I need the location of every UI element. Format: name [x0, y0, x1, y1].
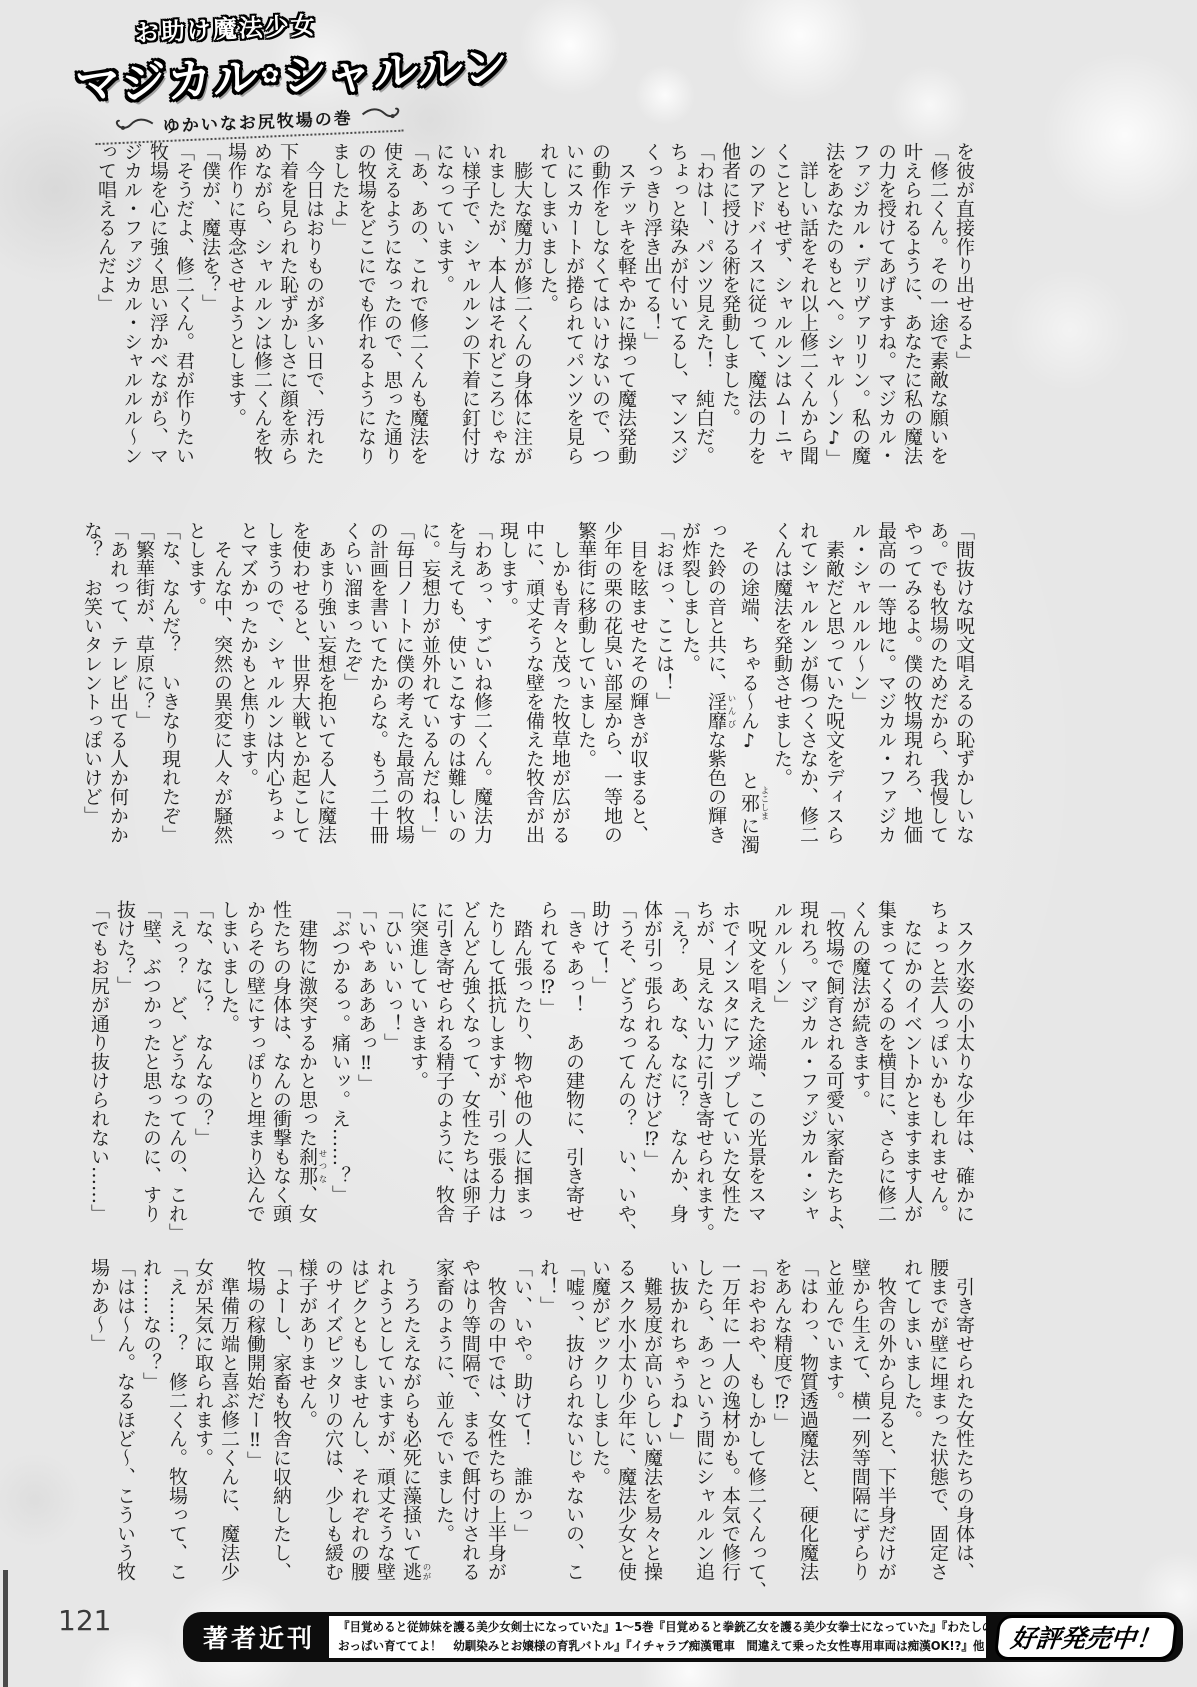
text-column: とします。 — [183, 521, 209, 877]
text-column: 腰までが壁に埋まった状態で、固定さ — [925, 1258, 951, 1614]
text-column: 膨大な魔力が修二くんの身体に注が — [509, 142, 535, 498]
text-column: 女が呆気に取られます。 — [190, 1258, 216, 1614]
text-column: 「そうだよ、修二くん。君が作りたい — [171, 142, 197, 498]
on-sale-badge: 好評発売中！ — [994, 1615, 1179, 1660]
text-column: いにスカートが捲られてパンツを見ら — [561, 142, 587, 498]
text-column: 目を眩ませたその輝きが収まると、 — [625, 521, 651, 877]
flourish-left-icon — [114, 115, 155, 137]
text-column: 引き寄せられた女性たちの身体は、 — [951, 1258, 977, 1614]
text-column: 最高の一等地に。マジカル・ファジカ — [873, 521, 899, 877]
text-column: 「あれって、テレビ出てる人か何かか — [105, 521, 131, 877]
text-column: 「おほっ、ここは！」 — [651, 521, 677, 877]
text-column: ちょっと芸人っぽいかもしれません。 — [925, 900, 951, 1256]
text-column: 「でもお尻が通り抜けられない……」 — [86, 900, 112, 1256]
text-column: ルルル〜ン」 — [769, 900, 795, 1256]
text-column: れようとしていますが、頑丈そうな壁 — [372, 1258, 398, 1614]
footer-author-books-label: 著者近刊 — [183, 1619, 329, 1655]
text-column: に。妄想力が並外れているんだね！」 — [417, 521, 443, 877]
text-column: 叶えられるように、あなたに私の魔法 — [899, 142, 925, 498]
text-column: くこともせず、シャルルンはムーニャ — [769, 142, 795, 498]
text-column: 「えっ？ ど、どうなってんの、これ」 — [164, 900, 190, 1256]
footer-bar: 著者近刊 『目覚めると従姉妹を護る美少女剣士になっていた』1～5巻『目覚めると拳… — [183, 1612, 1183, 1662]
text-column: 「ぶつかるっ。痛いッ。え……？」 — [327, 900, 353, 1256]
text-column: 「よーし、家畜も牧舎に収納したし、 — [268, 1258, 294, 1614]
text-column: れましたが、本人はそれどころじゃな — [483, 142, 509, 498]
text-column: したら、あっという間にシャルルン追 — [691, 1258, 717, 1614]
text-column: って唱えるんだよ」 — [93, 142, 119, 498]
text-band-1: を彼が直接作り出せるよ」「修二くん。その一途で素敵な願いを叶えられるように、あな… — [93, 142, 977, 498]
text-column: 現します。 — [495, 521, 521, 877]
text-column: を彼が直接作り出せるよ」 — [951, 142, 977, 498]
text-band-2: 「間抜けな呪文唱えるの恥ずかしいなあ。でも牧場のためだから、我慢してやってみるよ… — [93, 521, 977, 877]
text-column: 「おやおや、もしかして修二くんって、 — [743, 1258, 769, 1614]
text-column: 性たちの身体は、なんの衝撃もなく頭 — [268, 900, 294, 1256]
flourish-right-icon — [360, 104, 401, 126]
text-column: になっています。 — [431, 142, 457, 498]
text-column: 「い、いや。助けて！ 誰かっ」 — [509, 1258, 535, 1614]
text-column: ちょっと染みが付いてるし、マンスジ — [665, 142, 691, 498]
text-column: はビクともしませんし、それぞれの腰 — [346, 1258, 372, 1614]
text-column: れてしまいました。 — [535, 142, 561, 498]
text-column: 「間抜けな呪文唱えるの恥ずかしいな — [951, 521, 977, 877]
text-band-3: スク水姿の小太りな少年は、確かにちょっと芸人っぽいかもしれません。 なにかのイベ… — [93, 900, 977, 1256]
logo-title-left: マジカル — [74, 51, 260, 112]
text-column: 現れろ。マジカル・ファジカル・シャ — [795, 900, 821, 1256]
text-column: 「あ、あの、これで修二くんも魔法を — [405, 142, 431, 498]
text-column: 中に、頑丈そうな壁を備えた牧舎が出 — [521, 521, 547, 877]
text-column: 「繁華街が、草原に？」 — [131, 521, 157, 877]
text-column: の力を授けてあげますね。マジカル・ — [873, 142, 899, 498]
text-column: の計画を書いてたからな。もう二十冊 — [365, 521, 391, 877]
text-column: を使わせると、世界大戦とか起こして — [287, 521, 313, 877]
text-column: のサイズピッタリの穴は、少しも緩む — [320, 1258, 346, 1614]
text-column: い魔がビックリしました。 — [587, 1258, 613, 1614]
text-column: に引き寄せられる精子のように、牧舎 — [431, 900, 457, 1256]
text-column: 踏ん張ったり、物や他の人に掴まっ — [509, 900, 535, 1256]
text-column: の動作をしなくてはいけないので、つ — [587, 142, 613, 498]
text-column: くらい溜まったぞ」 — [339, 521, 365, 877]
text-band-4: 引き寄せられた女性たちの身体は、腰までが壁に埋まった状態で、固定されてしまいまし… — [93, 1258, 977, 1614]
text-column: 「嘘っ、抜けられないじゃないの、こ — [561, 1258, 587, 1614]
text-column: が炸裂しました。 — [677, 521, 703, 877]
text-column: ル・シャルルル〜ン」 — [847, 521, 873, 877]
text-column: った鈴の音と共に、淫靡いんびな紫色の輝き — [703, 521, 736, 877]
text-column: うろたえながらも必死に藻掻いて逃のが — [398, 1258, 431, 1614]
text-column: 「いやぁあああっ‼」 — [353, 900, 379, 1256]
text-column: 「きゃあっ！ あの建物に、引き寄せ — [561, 900, 587, 1256]
text-column: めながら、シャルルンは修二くんを牧 — [249, 142, 275, 498]
text-column: 助けて！」 — [587, 900, 613, 1256]
text-column: あ。でも牧場のためだから、我慢して — [925, 521, 951, 877]
text-column: をあんな精度で⁉」 — [769, 1258, 795, 1614]
text-column: 準備万端と喜ぶ修二くんに、魔法少 — [216, 1258, 242, 1614]
text-column: 家畜のように、並んでいました。 — [431, 1258, 457, 1614]
text-column: 他者に授ける術を発動しました。 — [717, 142, 743, 498]
text-column: 「はは〜ん。なるほど〜、こういう牧 — [112, 1258, 138, 1614]
text-column: 壁から生えて、横一列等間隔にずらり — [847, 1258, 873, 1614]
footer-book-list: 『目覚めると従姉妹を護る美少女剣士になっていた』1～5巻『目覚めると拳銃乙女を護… — [329, 1616, 986, 1657]
text-column: れ！」 — [535, 1258, 561, 1614]
text-column: 「な、なに？ なんなの？」 — [190, 900, 216, 1256]
text-column: 体が引っ張られるんだけど⁉」 — [639, 900, 665, 1256]
text-column: からその壁にすっぽりと埋まり込んで — [242, 900, 268, 1256]
text-column: ホでインスタにアップしていた女性た — [717, 900, 743, 1256]
flower-dot-icon: ✿ — [258, 63, 283, 89]
text-column: 一万年に一人の逸材かも。本気で修行 — [717, 1258, 743, 1614]
text-column: 下着を見られた恥ずかしさに顔を赤ら — [275, 142, 301, 498]
text-column: 牧場を心に強く思い浮かべながら、マ — [145, 142, 171, 498]
text-column: 「毎日ノートに僕の考えた最高の牧場 — [391, 521, 417, 877]
text-column: られてる⁉」 — [535, 900, 561, 1256]
text-column: に突進していきます。 — [405, 900, 431, 1256]
text-column: るスク水小太り少年に、魔法少女と使 — [613, 1258, 639, 1614]
text-column: やはり等間隔で、まるで餌付けされる — [457, 1258, 483, 1614]
text-column: あまり強い妄想を抱いてる人に魔法 — [313, 521, 339, 877]
footer-book-list-line1: 『目覚めると従姉妹を護る美少女剣士になっていた』1～5巻『目覚めると拳銃乙女を護… — [338, 1618, 951, 1637]
text-column: ンのアドバイスに従って、魔法の力を — [743, 142, 769, 498]
text-column: 「僕が、魔法を？」 — [197, 142, 223, 498]
text-column: くんは魔法を発動させました。 — [769, 521, 795, 877]
text-column: 「はわっ、物質透過魔法と、硬化魔法 — [795, 1258, 821, 1614]
text-column: 牧舎の外から見ると、下半身だけが — [873, 1258, 899, 1614]
text-column: を与えても、使いこなすのは難しいの — [443, 521, 469, 877]
text-column: 「え……？ 修二くん。牧場って、こ — [164, 1258, 190, 1614]
text-column: 難易度が高いらしい魔法を易々と操 — [639, 1258, 665, 1614]
text-column: 「わあっ、すごいね修二くん。魔法力 — [469, 521, 495, 877]
text-column: スク水姿の小太りな少年は、確かに — [951, 900, 977, 1256]
text-column: どんどん強くなって、女性たちは卵子 — [457, 900, 483, 1256]
page-edge-shadow — [3, 1570, 8, 1687]
text-column: 場かあ〜」 — [86, 1258, 112, 1614]
text-column: しまうので、シャルルンは内心ちょっ — [261, 521, 287, 877]
text-column: 牧舎の中では、女性たちの上半身が — [483, 1258, 509, 1614]
text-column: くっきり浮き出てる！」 — [639, 142, 665, 498]
text-column: 少年の栗の花臭い部屋から、一等地の — [599, 521, 625, 877]
text-column: 今日はおりものが多い日で、汚れた — [301, 142, 327, 498]
text-column: 繁華街に移動していました。 — [573, 521, 599, 877]
text-column: ジカル・ファジカル・シャルルル〜ン — [119, 142, 145, 498]
text-column: 様子がありません。 — [294, 1258, 320, 1614]
text-column: 場作りに専念させようとします。 — [223, 142, 249, 498]
text-column: れ……なの？」 — [138, 1258, 164, 1614]
page-number: 121 — [58, 1604, 111, 1637]
text-column: 「壁、ぶつかったと思ったのに、すり — [138, 900, 164, 1256]
text-column: 素敵だと思っていた呪文をディスら — [821, 521, 847, 877]
text-column: 「修二くん。その一途で素敵な願いを — [925, 142, 951, 498]
text-column: れてしまいました。 — [899, 1258, 925, 1614]
text-column: の牧場をどこにでも作れるようになり — [353, 142, 379, 498]
text-column: 「うそ、どうなってんの？ い、いや、 — [613, 900, 639, 1256]
text-column: 建物に激突するかと思った刹那せつな、女 — [294, 900, 327, 1256]
text-column: ファジカル・デリヴァリリン。私の魔 — [847, 142, 873, 498]
text-column: ステッキを軽やかに操って魔法発動 — [613, 142, 639, 498]
text-column: い抜かれちゃうね♪」 — [665, 1258, 691, 1614]
text-column: な？ お笑いタレントっぽいけど」 — [79, 521, 105, 877]
text-column: い様子で、シャルルンの下着に釘付け — [457, 142, 483, 498]
text-column: 集まってくるのを横目に、さらに修二 — [873, 900, 899, 1256]
text-column: そんな中、突然の異変に人々が騒然 — [209, 521, 235, 877]
text-column: しかも青々と茂った牧草地が広がる — [547, 521, 573, 877]
text-column: 「な、なんだ？ いきなり現れたぞ」 — [157, 521, 183, 877]
text-column: 牧場の稼働開始だー‼」 — [242, 1258, 268, 1614]
text-column: くんの魔法が続きます。 — [847, 900, 873, 1256]
text-column: しまいました。 — [216, 900, 242, 1256]
footer-book-list-line2: おっぱい育ててよ！ 幼馴染みとお嬢様の育乳バトル』『イチャラブ痴漢電車 間違えて… — [338, 1637, 951, 1656]
text-column: なにかのイベントかとますます人が — [899, 900, 925, 1256]
story-logo: お助け魔法少女 マジカル✿シャルルン ゆかいなお尻牧場の巻 — [72, 0, 512, 146]
text-column: たりして抵抗しますが、引っ張る力は — [483, 900, 509, 1256]
text-column: ちが、見えない力に引き寄せられます。 — [691, 900, 717, 1256]
text-column: れてシャルルンが傷つくさなか、修二 — [795, 521, 821, 877]
text-column: 法をあなたのもとへ。シャル〜ン♪」 — [821, 142, 847, 498]
text-column: その途端、ちゃる〜ん♪ と邪よこしまに濁 — [736, 521, 769, 877]
text-column: 抜けた？」 — [112, 900, 138, 1256]
text-column: 「え？ あ、な、なに？ なんか、身 — [665, 900, 691, 1256]
text-column: 「ひいぃいっ！」 — [379, 900, 405, 1256]
text-column: 呪文を唱えた途端、この光景をスマ — [743, 900, 769, 1256]
text-column: 詳しい話をそれ以上修二くんから聞 — [795, 142, 821, 498]
text-column: と並んでいます。 — [821, 1258, 847, 1614]
text-column: 「牧場で飼育される可愛い家畜たちよ、 — [821, 900, 847, 1256]
text-column: 「わはー、パンツ見えた！ 純白だ。 — [691, 142, 717, 498]
logo-title-right: シャルルン — [281, 40, 510, 103]
text-column: やってみるよ。僕の牧場現れろ、地価 — [899, 521, 925, 877]
text-column: 使えるようになったので、思った通り — [379, 142, 405, 498]
text-column: とマズかったかもと焦ります。 — [235, 521, 261, 877]
text-column: ましたよ」 — [327, 142, 353, 498]
